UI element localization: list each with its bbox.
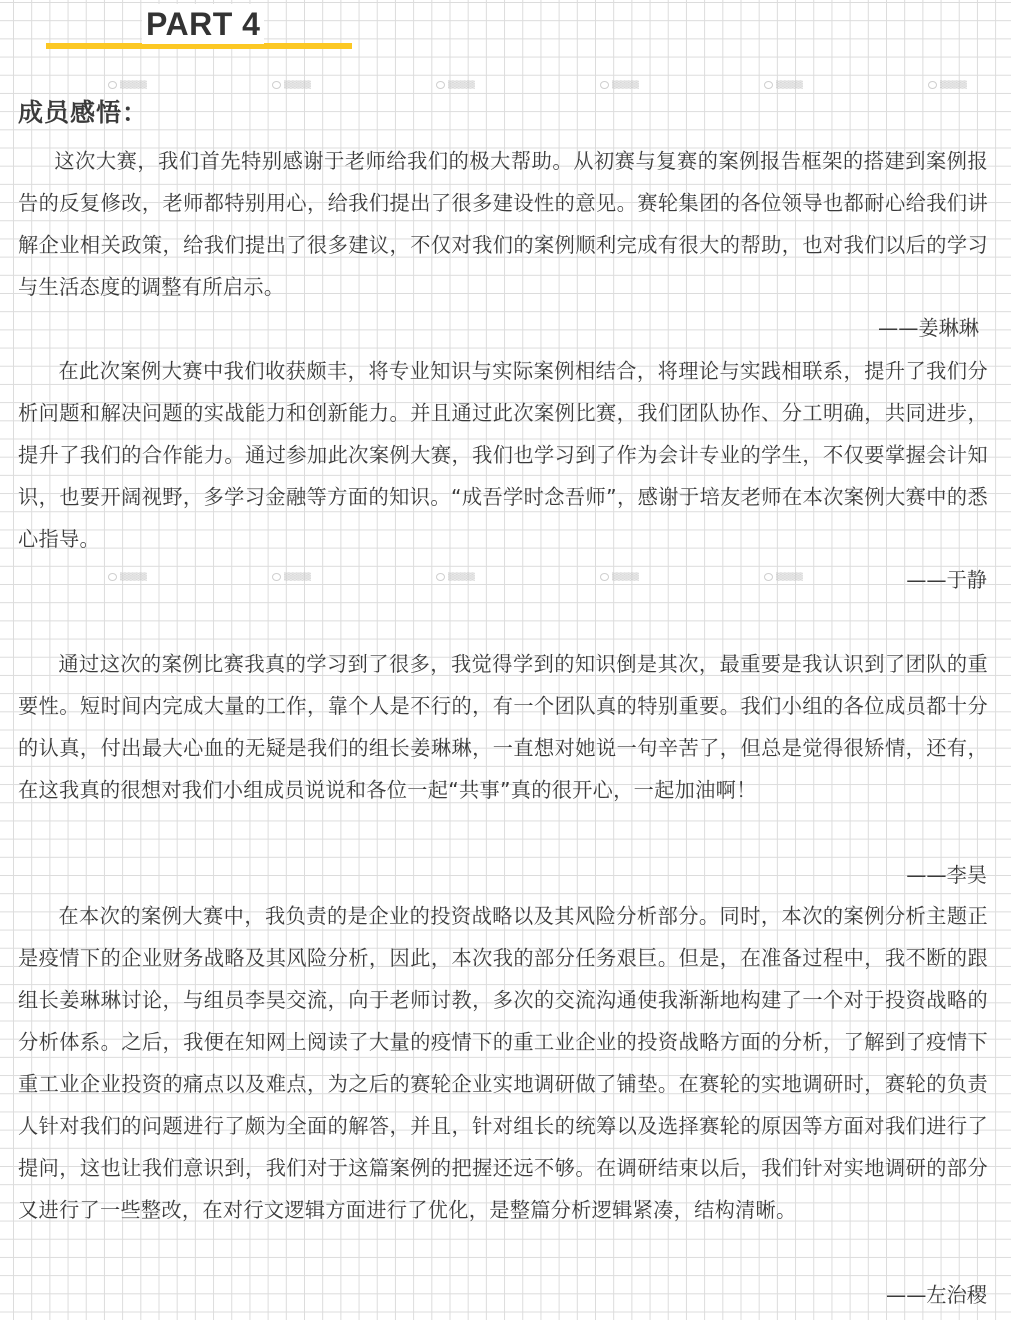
watermark-icon: ▒▒▒▒▒ (108, 573, 147, 581)
watermark-icon: ▒▒▒▒▒ (436, 573, 475, 581)
part-header: PART 4 (46, 0, 352, 52)
reflection-paragraph: 通过这次的案例比赛我真的学习到了很多，我觉得学到的知识倒是其次，最重要是我认识到… (18, 643, 988, 811)
reflection-paragraph: 在本次的案例大赛中，我负责的是企业的投资战略以及其风险分析部分。同时，本次的案例… (18, 895, 988, 1231)
reflection-signature: ——于静 (906, 565, 987, 595)
watermark-icon: ▒▒▒▒▒ (272, 573, 311, 581)
watermark-icon: ▒▒▒▒▒ (600, 81, 639, 89)
watermark-icon: ▒▒▒▒▒ (600, 573, 639, 581)
reflection-signature: ——姜琳琳 (878, 313, 979, 343)
watermark-icon: ▒▒▒▒▒ (928, 81, 967, 89)
reflection-paragraph: 这次大赛，我们首先特别感谢于老师给我们的极大帮助。从初赛与复赛的案例报告框架的搭… (18, 140, 988, 308)
section-heading: 成员感悟： (18, 96, 148, 130)
document-page: PART 4 ▒▒▒▒▒ ▒▒▒▒▒ ▒▒▒▒▒ ▒▒▒▒▒ ▒▒▒▒▒ ▒▒▒… (0, 0, 1011, 1320)
reflection-paragraph: 在此次案例大赛中我们收获颇丰，将专业知识与实际案例相结合，将理论与实践相联系，提… (18, 350, 988, 560)
watermark-icon: ▒▒▒▒▒ (272, 81, 311, 89)
watermark-icon: ▒▒▒▒▒ (764, 81, 803, 89)
watermark-icon: ▒▒▒▒▒ (436, 81, 475, 89)
reflection-signature: ——李昊 (906, 860, 987, 890)
reflection-signature: ——左治稷 (886, 1280, 987, 1310)
part-title: PART 4 (142, 4, 264, 44)
watermark-icon: ▒▒▒▒▒ (764, 573, 803, 581)
watermark-icon: ▒▒▒▒▒ (108, 81, 147, 89)
